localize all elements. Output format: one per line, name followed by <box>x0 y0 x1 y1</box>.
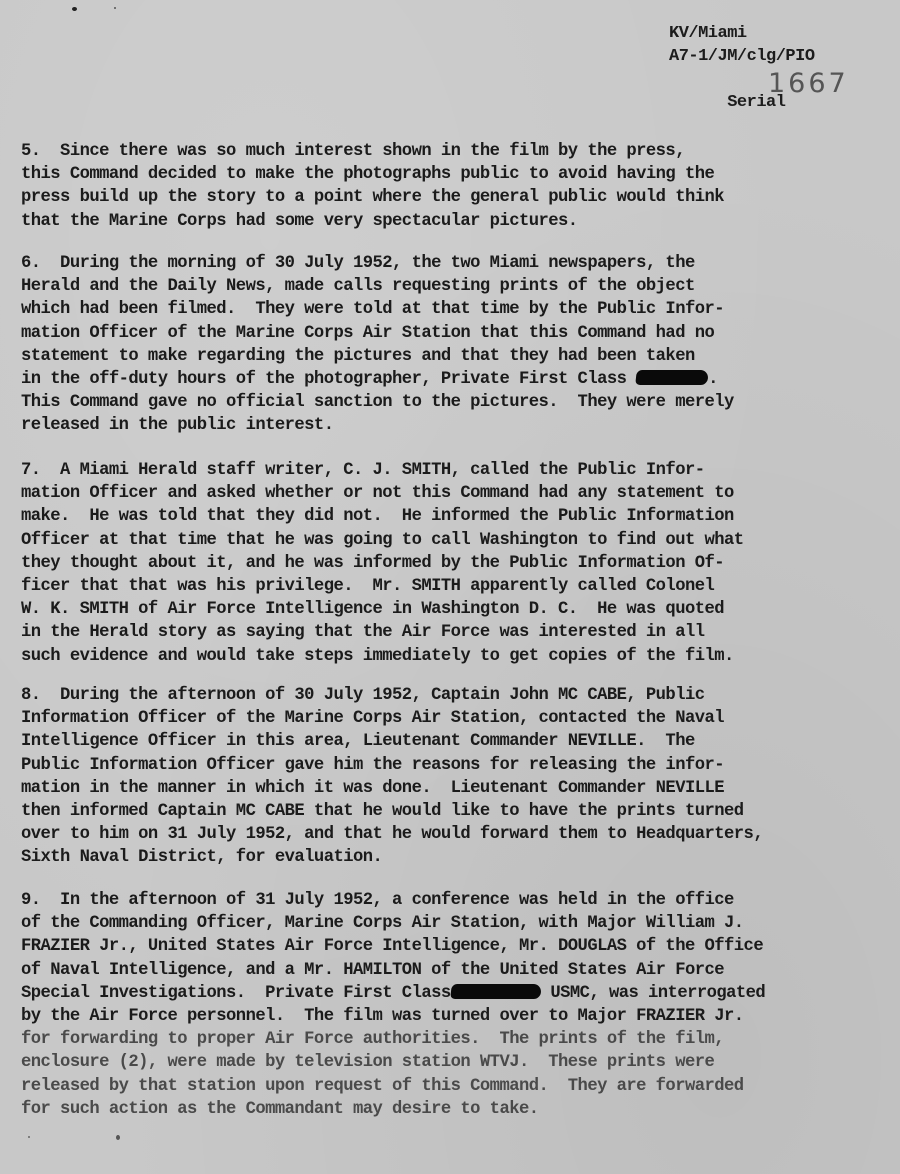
paragraph-line: this Command decided to make the photogr… <box>21 163 893 186</box>
paragraph-line: 8. During the afternoon of 30 July 1952,… <box>21 684 893 707</box>
paragraph-line-with-redaction: Special Investigations. Private First Cl… <box>21 982 893 1005</box>
paragraph-line: Sixth Naval District, for evaluation. <box>21 846 893 869</box>
paragraph-line: 7. A Miami Herald staff writer, C. J. SM… <box>21 459 893 482</box>
paragraph-line: enclosure (2), were made by television s… <box>21 1051 893 1074</box>
paragraph-line: they thought about it, and he was inform… <box>21 552 893 575</box>
paragraph-7: 7. A Miami Herald staff writer, C. J. SM… <box>21 459 893 668</box>
paragraph-line: make. He was told that they did not. He … <box>21 505 893 528</box>
paragraph-9: 9. In the afternoon of 31 July 1952, a c… <box>21 889 893 1121</box>
paragraph-line: mation Officer and asked whether or not … <box>21 482 893 505</box>
paragraph-line: of the Commanding Officer, Marine Corps … <box>21 912 893 935</box>
paragraph-line: by the Air Force personnel. The film was… <box>21 1005 893 1028</box>
paragraph-line: released in the public interest. <box>21 414 893 437</box>
serial-number: 1667 <box>768 72 849 95</box>
paragraph-line: 9. In the afternoon of 31 July 1952, a c… <box>21 889 893 912</box>
paragraph-line: statement to make regarding the pictures… <box>21 345 893 368</box>
paragraph-5: 5. Since there was so much interest show… <box>21 140 893 233</box>
paragraph-line: over to him on 31 July 1952, and that he… <box>21 823 893 846</box>
paragraph-line-with-redaction: in the off-duty hours of the photographe… <box>21 368 893 391</box>
paragraph-line: then informed Captain MC CABE that he wo… <box>21 800 893 823</box>
paragraph-line: released by that station upon request of… <box>21 1075 893 1098</box>
paragraph-line: of Naval Intelligence, and a Mr. HAMILTO… <box>21 959 893 982</box>
paragraph-line: mation Officer of the Marine Corps Air S… <box>21 322 893 345</box>
paragraph-line: that the Marine Corps had some very spec… <box>21 210 893 233</box>
scan-speck <box>116 1135 120 1140</box>
paragraph-line: press build up the story to a point wher… <box>21 186 893 209</box>
paragraph-line: mation in the manner in which it was don… <box>21 777 893 800</box>
scan-speck <box>114 7 116 9</box>
paragraph-line: 5. Since there was so much interest show… <box>21 140 893 163</box>
paragraph-line: Public Information Officer gave him the … <box>21 754 893 777</box>
paragraph-line: FRAZIER Jr., United States Air Force Int… <box>21 935 893 958</box>
paragraph-line: Herald and the Daily News, made calls re… <box>21 275 893 298</box>
line-text: in the off-duty hours of the photographe… <box>21 370 636 389</box>
paragraph-line: ficer that that was his privilege. Mr. S… <box>21 575 893 598</box>
scan-speck <box>28 1136 30 1138</box>
paragraph-line: 6. During the morning of 30 July 1952, t… <box>21 252 893 275</box>
line-trailing-text: USMC, was interrogated <box>541 984 766 1003</box>
paragraph-line: Information Officer of the Marine Corps … <box>21 707 893 730</box>
paragraph-line: W. K. SMITH of Air Force Intelligence in… <box>21 598 893 621</box>
paragraph-line: for forwarding to proper Air Force autho… <box>21 1028 893 1051</box>
routing-file-code: A7-1/JM/clg/PIO <box>669 45 815 68</box>
line-trailing-text: . <box>708 370 718 389</box>
paragraph-line: in the Herald story as saying that the A… <box>21 621 893 644</box>
paragraph-line: This Command gave no official sanction t… <box>21 391 893 414</box>
paragraph-6: 6. During the morning of 30 July 1952, t… <box>21 252 893 438</box>
routing-office: KV/Miami <box>669 22 815 45</box>
paragraph-line: Officer at that time that he was going t… <box>21 529 893 552</box>
scan-speck <box>72 7 77 11</box>
redaction-bar <box>450 984 542 999</box>
paragraph-line: for such action as the Commandant may de… <box>21 1098 893 1121</box>
paragraph-8: 8. During the afternoon of 30 July 1952,… <box>21 684 893 870</box>
paragraph-line: which had been filmed. They were told at… <box>21 298 893 321</box>
redaction-bar <box>635 370 709 385</box>
paragraph-line: Intelligence Officer in this area, Lieut… <box>21 730 893 753</box>
paragraph-line: such evidence and would take steps immed… <box>21 645 893 668</box>
document-page: KV/Miami A7-1/JM/clg/PIO Serial 1667 5. … <box>0 0 900 1174</box>
line-text: Special Investigations. Private First Cl… <box>21 984 451 1003</box>
